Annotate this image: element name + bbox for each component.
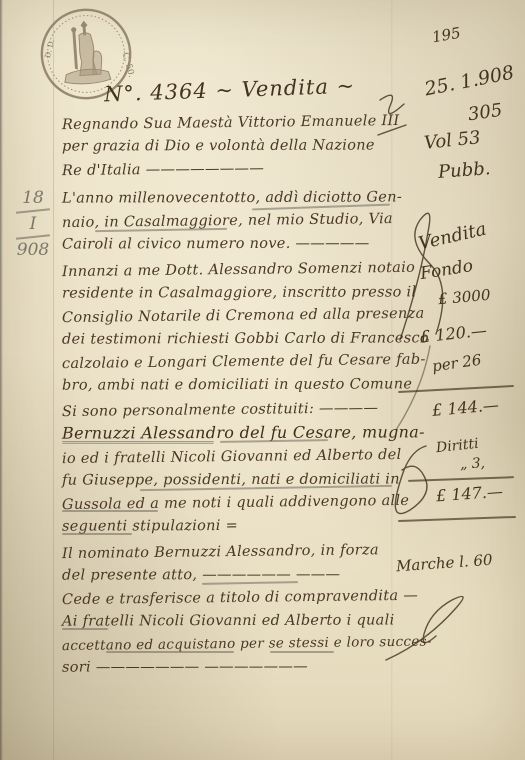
document-page: C. 50. D. D. 195 18 I 908 N°. 4364 ~ Ven… bbox=[0, 0, 525, 760]
margin-diritti-amount: „ 3, bbox=[460, 455, 486, 472]
scan-edge bbox=[0, 0, 3, 760]
document-line: Si sono personalmente costituiti: ———— bbox=[62, 397, 402, 423]
margin-per-26: per 26 bbox=[431, 351, 483, 376]
document-line: sori ——————— ——————— bbox=[62, 655, 402, 678]
margin-amount-144: £ 144.— bbox=[431, 395, 499, 420]
document-line: residente in Casalmaggiore, inscritto pr… bbox=[62, 281, 402, 304]
document-line: accettano ed acquistano per se stessi e … bbox=[62, 631, 402, 657]
document-line: io ed i fratelli Nicoli Giovanni ed Albe… bbox=[62, 444, 402, 470]
margin-amount-147: £ 147.— bbox=[435, 482, 503, 506]
stamp-denomination: C. 50. bbox=[120, 51, 137, 78]
margin-date-month: I bbox=[16, 214, 50, 234]
document-line: Gussola ed a me noti i quali addivengono… bbox=[62, 490, 402, 516]
document-line: Re d'Italia ———————— bbox=[62, 156, 402, 182]
margin-volume: Vol 53 bbox=[423, 127, 481, 154]
margin-pubb: Pubb. bbox=[437, 158, 491, 183]
document-line: Ai fratelli Nicoli Giovanni ed Alberto i… bbox=[62, 609, 402, 632]
document-line: per grazia di Dio e volontà della Nazion… bbox=[62, 134, 402, 157]
pencil-underline bbox=[270, 651, 334, 653]
pencil-underline bbox=[106, 651, 234, 653]
margin-total-line bbox=[398, 516, 516, 522]
margin-date-year: 908 bbox=[16, 240, 50, 260]
margin-sum-line bbox=[408, 476, 514, 481]
document-line: Consiglio Notarile di Cremona ed alla pr… bbox=[62, 303, 402, 329]
pencil-underline bbox=[62, 533, 132, 535]
margin-sum-line bbox=[398, 385, 514, 393]
pencil-underline bbox=[62, 510, 158, 512]
document-line: Cairoli al civico numero nove. ————— bbox=[62, 232, 402, 255]
margin-marche: Marche l. 60 bbox=[395, 551, 493, 576]
document-line: Cede e trasferisce a titolo di compraven… bbox=[62, 585, 402, 611]
margin-amount-120: £ 120.— bbox=[419, 321, 488, 347]
margin-date: 18 I 908 bbox=[16, 188, 50, 260]
margin-registration-number: 305 bbox=[467, 100, 504, 126]
fraction-bar bbox=[16, 234, 50, 240]
document-line: bro, ambi nati e domiciliati in questo C… bbox=[62, 373, 402, 396]
margin-registration-date: 25. 1.908 bbox=[423, 62, 516, 101]
fraction-bar bbox=[16, 208, 50, 214]
pencil-underline bbox=[62, 628, 108, 630]
margin-vendita: Vendita bbox=[417, 219, 489, 255]
document-line: Il nominato Bernuzzi Alessandro, in forz… bbox=[62, 539, 402, 565]
left-margin-rule bbox=[53, 0, 54, 760]
margin-diritti: Diritti bbox=[435, 436, 479, 456]
pencil-underline bbox=[62, 441, 214, 444]
margin-fondo: Fondo bbox=[419, 256, 475, 284]
deed-title: N°. 4364 ~ Vendita ~ bbox=[104, 74, 356, 107]
document-line: calzolaio e Longari Clemente del fu Cesa… bbox=[62, 349, 402, 375]
document-line: Regnando Sua Maestà Vittorio Emanuele II… bbox=[62, 110, 402, 136]
document-line: dei testimoni richiesti Gobbi Carlo di F… bbox=[62, 327, 402, 350]
pencil-page-number: 195 bbox=[431, 24, 462, 47]
document-line: Innanzi a me Dott. Alessandro Somenzi no… bbox=[62, 257, 402, 283]
stamp-left-text: D. D. bbox=[43, 38, 56, 59]
margin-date-day: 18 bbox=[16, 188, 50, 208]
margin-amount-3000: £ 3000 bbox=[437, 286, 491, 309]
